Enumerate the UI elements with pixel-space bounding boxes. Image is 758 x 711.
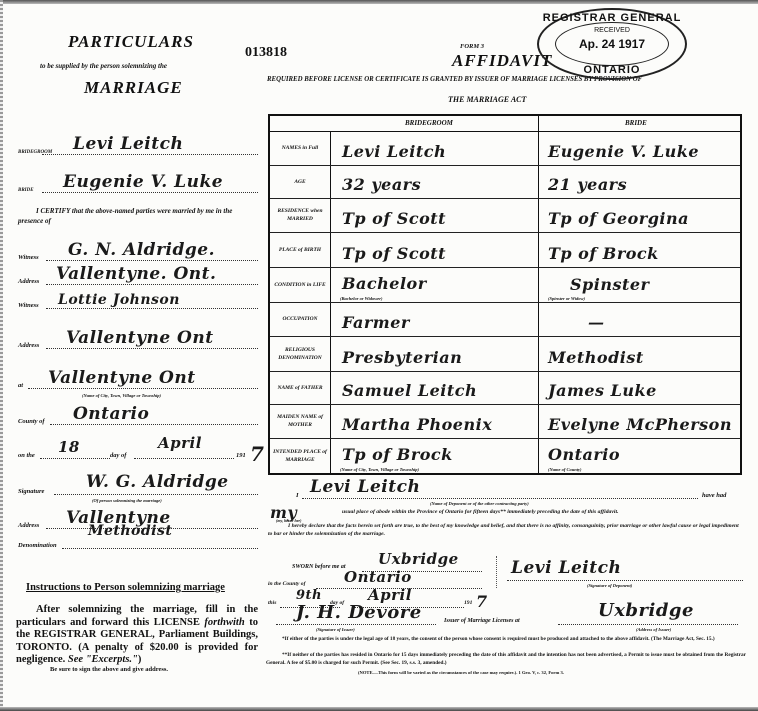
bride-value: Methodist — [548, 348, 644, 367]
instructions-forthwith: forthwith — [204, 617, 244, 628]
bride-hint: (Spinster or Widow) — [548, 296, 585, 301]
county-field: County of Ontario — [18, 404, 258, 426]
bride-value: — — [588, 313, 605, 332]
bridegroom-field: BRIDEGROOM Levi Leitch — [18, 134, 258, 156]
marriage-date-field: on the 18 day of April 191 7 — [18, 438, 258, 460]
marriage-year-digit: 7 — [250, 442, 264, 466]
issuer-signature: J. H. Devore — [296, 602, 422, 623]
form-number: FORM 3 — [460, 43, 484, 50]
place-hint: (Name of City, Town, Village or Township… — [82, 393, 161, 398]
bridegroom-value: Levi Leitch — [73, 134, 183, 154]
bride-value: Tp of Brock — [548, 244, 659, 263]
bride-value: Tp of Georgina — [548, 209, 689, 228]
table-row-occupation: OCCUPATION Farmer — — [270, 302, 740, 337]
instructions-text-3: ) — [138, 654, 142, 665]
col-header-bridegroom: BRIDEGROOM — [405, 119, 453, 127]
sworn-at-label: SWORN before me at — [292, 564, 346, 570]
registrar-received-stamp: REGISTRAR GENERAL RECEIVED Ap. 24 1917 O… — [537, 8, 687, 80]
scan-edge-bottom — [0, 707, 758, 711]
declaration-text: I hereby declare that the facts herein s… — [268, 522, 742, 538]
bride-value: Evelyne McPherson — [548, 415, 732, 434]
deponent-signature: Levi Leitch — [511, 558, 621, 578]
bride-value: Spinster — [570, 275, 649, 294]
address1-field: Address Vallentyne. Ont. — [18, 264, 258, 286]
certify-text: I CERTIFY that the above-named parties w… — [18, 206, 258, 226]
bride-value: Eugenie V. Luke — [548, 142, 699, 161]
denomination-field: Denomination — [18, 528, 258, 550]
county-value: Ontario — [73, 404, 149, 424]
deponent-name: Levi Leitch — [310, 477, 420, 497]
bride-value: James Luke — [548, 381, 657, 400]
year-prefix: 191 — [236, 452, 246, 459]
address2-field: Address Vallentyne Ont — [18, 328, 258, 350]
groom-value: Tp of Scott — [342, 244, 446, 263]
issuer-line: J. H. Devore (Signature of Issuer) Issue… — [268, 600, 748, 634]
table-row-names: NAMES in Full Levi Leitch Eugenie V. Luk… — [270, 131, 740, 166]
table-row-father: NAME of FATHER Samuel Leitch James Luke — [270, 371, 740, 405]
particulars-subtitle: to be supplied by the person solemnizing… — [40, 62, 167, 70]
signature-label: Signature — [18, 488, 44, 495]
witness1-value: G. N. Aldridge. — [68, 240, 215, 260]
bride-hint: (Name of County) — [548, 467, 582, 472]
row-label: MAIDEN NAME of MOTHER — [270, 404, 330, 438]
issuer-signature-hint: (Signature of Issuer) — [316, 627, 355, 632]
stamp-bottom-text: ONTARIO — [539, 64, 685, 76]
address1-label: Address — [18, 278, 39, 285]
address2-label: Address — [18, 342, 39, 349]
address2-value: Vallentyne Ont — [66, 328, 214, 348]
bride-value: Eugenie V. Luke — [63, 172, 223, 192]
serial-number: 013818 — [245, 45, 287, 61]
issuer-address-hint: (Address of Issuer) — [636, 627, 671, 632]
stamp-received-text: RECEIVED — [539, 27, 685, 34]
col-header-bride: BRIDE — [625, 119, 647, 127]
table-row-condition: CONDITION in LIFE Bachelor Spinster (Bac… — [270, 267, 740, 303]
row-label: OCCUPATION — [270, 302, 330, 336]
witness2-value: Lottie Johnson — [58, 292, 180, 308]
scan-edge-top — [0, 0, 758, 4]
county-label: County of — [18, 418, 45, 425]
sworn-at-value: Uxbridge — [378, 550, 459, 568]
bride-label: BRIDE — [18, 188, 34, 193]
marriage-registration-document: PARTICULARS to be supplied by the person… — [0, 0, 758, 711]
sworn-county-value: Ontario — [344, 568, 412, 586]
place-label: at — [18, 382, 23, 389]
witness1-label: Witness — [18, 254, 39, 261]
abode-text: usual place of abode within the Province… — [342, 509, 619, 515]
deponent-line: I Levi Leitch have had — [268, 478, 748, 500]
affidavit-title: AFFIDAVIT — [452, 51, 552, 71]
place-field: at Vallentyne Ont — [18, 368, 258, 390]
instructions-see-excerpts: See "Excerpts." — [68, 654, 138, 665]
table-row-mother: MAIDEN NAME of MOTHER Martha Phoenix Eve… — [270, 404, 740, 439]
instructions-footer: Be sure to sign the above and give addre… — [50, 666, 168, 673]
witness1-field: Witness G. N. Aldridge. — [18, 240, 258, 262]
instructions-title: Instructions to Person solemnizing marri… — [26, 582, 225, 593]
denomination-label: Denomination — [18, 542, 57, 549]
row-label: RELIGIOUS DENOMINATION — [270, 336, 330, 371]
row-label: INTENDED PLACE of MARRIAGE — [270, 438, 330, 473]
issuer-address: Uxbridge — [598, 600, 694, 621]
bride-value: 21 years — [548, 175, 627, 194]
day-of-label: day of — [110, 452, 126, 459]
table-row-intended-place: INTENDED PLACE of MARRIAGE Tp of Brock O… — [270, 438, 740, 473]
sworn-county-label: in the County of — [268, 581, 305, 587]
table-row-residence: RESIDENCE when MARRIED Tp of Scott Tp of… — [270, 198, 740, 233]
witness2-label: Witness — [18, 302, 39, 309]
groom-value: Levi Leitch — [342, 142, 446, 161]
table-row-religion: RELIGIOUS DENOMINATION Presbyterian Meth… — [270, 336, 740, 372]
row-label: RESIDENCE when MARRIED — [270, 198, 330, 232]
marriage-title: MARRIAGE — [84, 78, 183, 98]
groom-hint: (Name of City, Town, Village or Township… — [340, 467, 419, 472]
date-on-label: on the — [18, 452, 35, 459]
particulars-title: PARTICULARS — [68, 32, 194, 52]
particulars-table: BRIDEGROOM BRIDE NAMES in Full Levi Leit… — [268, 114, 742, 475]
place-value: Vallentyne Ont — [48, 368, 196, 388]
groom-value: 32 years — [342, 175, 421, 194]
groom-value: Martha Phoenix — [342, 415, 492, 434]
note-underage: *If either of the parties is under the l… — [266, 636, 746, 644]
instructions-body: After solemnizing the marriage, fill in … — [16, 604, 258, 667]
marriage-act-title: THE MARRIAGE ACT — [448, 95, 526, 104]
table-row-birthplace: PLACE of BIRTH Tp of Scott Tp of Brock — [270, 232, 740, 268]
officiant-signature: W. G. Aldridge — [86, 472, 229, 492]
signature-hint: (Of person solemnizing the marriage) — [92, 498, 162, 503]
row-label: CONDITION in LIFE — [270, 267, 330, 302]
i-label: I — [296, 492, 299, 499]
groom-value: Samuel Leitch — [342, 381, 477, 400]
deponent-hint: (Name of Deponent or of the other contra… — [430, 501, 529, 506]
note-form-variation: (NOTE.—This form will be varied as the c… — [358, 670, 564, 675]
groom-value: Presbyterian — [342, 348, 462, 367]
groom-value: Farmer — [342, 313, 410, 332]
scan-edge-left — [0, 0, 3, 711]
bride-value: Ontario — [548, 445, 620, 464]
table-header: BRIDEGROOM BRIDE — [270, 116, 740, 132]
groom-value: Tp of Scott — [342, 209, 446, 228]
groom-value: Bachelor — [342, 274, 427, 293]
groom-value: Tp of Brock — [342, 445, 453, 464]
row-label: AGE — [270, 165, 330, 198]
deponent-signature-hint: (Signature of Deponent) — [587, 583, 632, 588]
witness2-field: Witness Lottie Johnson — [18, 288, 258, 310]
issuer-label: Issuer of Marriage Licenses at — [444, 618, 520, 624]
row-label: NAMES in Full — [270, 131, 330, 165]
groom-hint: (Bachelor or Widower) — [340, 296, 383, 301]
table-row-age: AGE 32 years 21 years — [270, 165, 740, 199]
row-label: NAME of FATHER — [270, 371, 330, 404]
stamp-date: Ap. 24 1917 — [539, 37, 685, 51]
deponent-signature-block: Levi Leitch (Signature of Deponent) — [496, 556, 745, 588]
officiant-signature-field: Signature W. G. Aldridge — [18, 474, 258, 496]
marriage-day: 18 — [58, 438, 80, 456]
note-permit: **If neither of the parties has resided … — [266, 652, 746, 667]
bride-field: BRIDE Eugenie V. Luke — [18, 172, 258, 194]
marriage-month: April — [158, 434, 202, 452]
row-label: PLACE of BIRTH — [270, 232, 330, 267]
address1-value: Vallentyne. Ont. — [56, 264, 216, 284]
have-had-label: have had — [702, 492, 726, 499]
